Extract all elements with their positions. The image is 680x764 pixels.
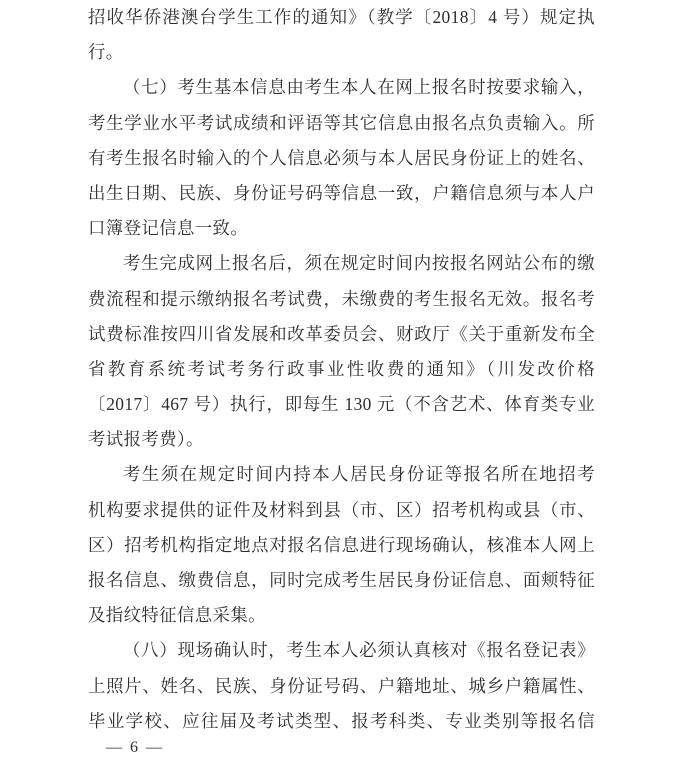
text-line: 出生日期、民族、身份证号码等信息一致，户籍信息须与本人户 <box>88 176 595 211</box>
text-line: 试费标准按四川省发展和改革委员会、财政厅《关于重新发布全 <box>88 317 595 352</box>
text-line: 有考生报名时输入的个人信息必须与本人居民身份证上的姓名、 <box>88 141 595 176</box>
text-line: 机构要求提供的证件及材料到县（市、区）招考机构或县（市、 <box>88 493 595 528</box>
text-line: 报名信息、缴费信息，同时完成考生居民身份证信息、面颊特征 <box>88 563 595 598</box>
text-line: 省教育系统考试考务行政事业性收费的通知》（川发改价格 <box>88 352 595 387</box>
document-body: 招收华侨港澳台学生工作的通知》（教学〔2018〕4 号）规定执 行。 （七）考生… <box>88 0 595 739</box>
text-line: 〔2017〕467 号）执行，即每生 130 元（不含艺术、体育类专业 <box>88 387 595 422</box>
document-page: 招收华侨港澳台学生工作的通知》（教学〔2018〕4 号）规定执 行。 （七）考生… <box>0 0 680 764</box>
text-line: 考试报考费）。 <box>88 422 595 457</box>
text-line: 考生完成网上报名后，须在规定时间内按报名网站公布的缴 <box>88 246 595 281</box>
text-line: 招收华侨港澳台学生工作的通知》（教学〔2018〕4 号）规定执 <box>88 0 595 35</box>
text-line: 考生须在规定时间内持本人居民身份证等报名所在地招考 <box>88 457 595 492</box>
text-line: 口簿登记信息一致。 <box>88 211 595 246</box>
text-line: 考生学业水平考试成绩和评语等其它信息由报名点负责输入。所 <box>88 106 595 141</box>
text-line: （八）现场确认时，考生本人必须认真核对《报名登记表》 <box>88 633 595 668</box>
text-line: 上照片、姓名、民族、身份证号码、户籍地址、城乡户籍属性、 <box>88 669 595 704</box>
text-line: 行。 <box>88 35 595 70</box>
page-number: — 6 — <box>106 736 164 760</box>
text-line: 及指纹特征信息采集。 <box>88 598 595 633</box>
text-line: 费流程和提示缴纳报名考试费，未缴费的考生报名无效。报名考 <box>88 282 595 317</box>
text-line: 毕业学校、应往届及考试类型、报考科类、专业类别等报名信息， <box>88 704 595 739</box>
text-line: （七）考生基本信息由考生本人在网上报名时按要求输入， <box>88 70 595 105</box>
text-line: 区）招考机构指定地点对报名信息进行现场确认，核准本人网上 <box>88 528 595 563</box>
